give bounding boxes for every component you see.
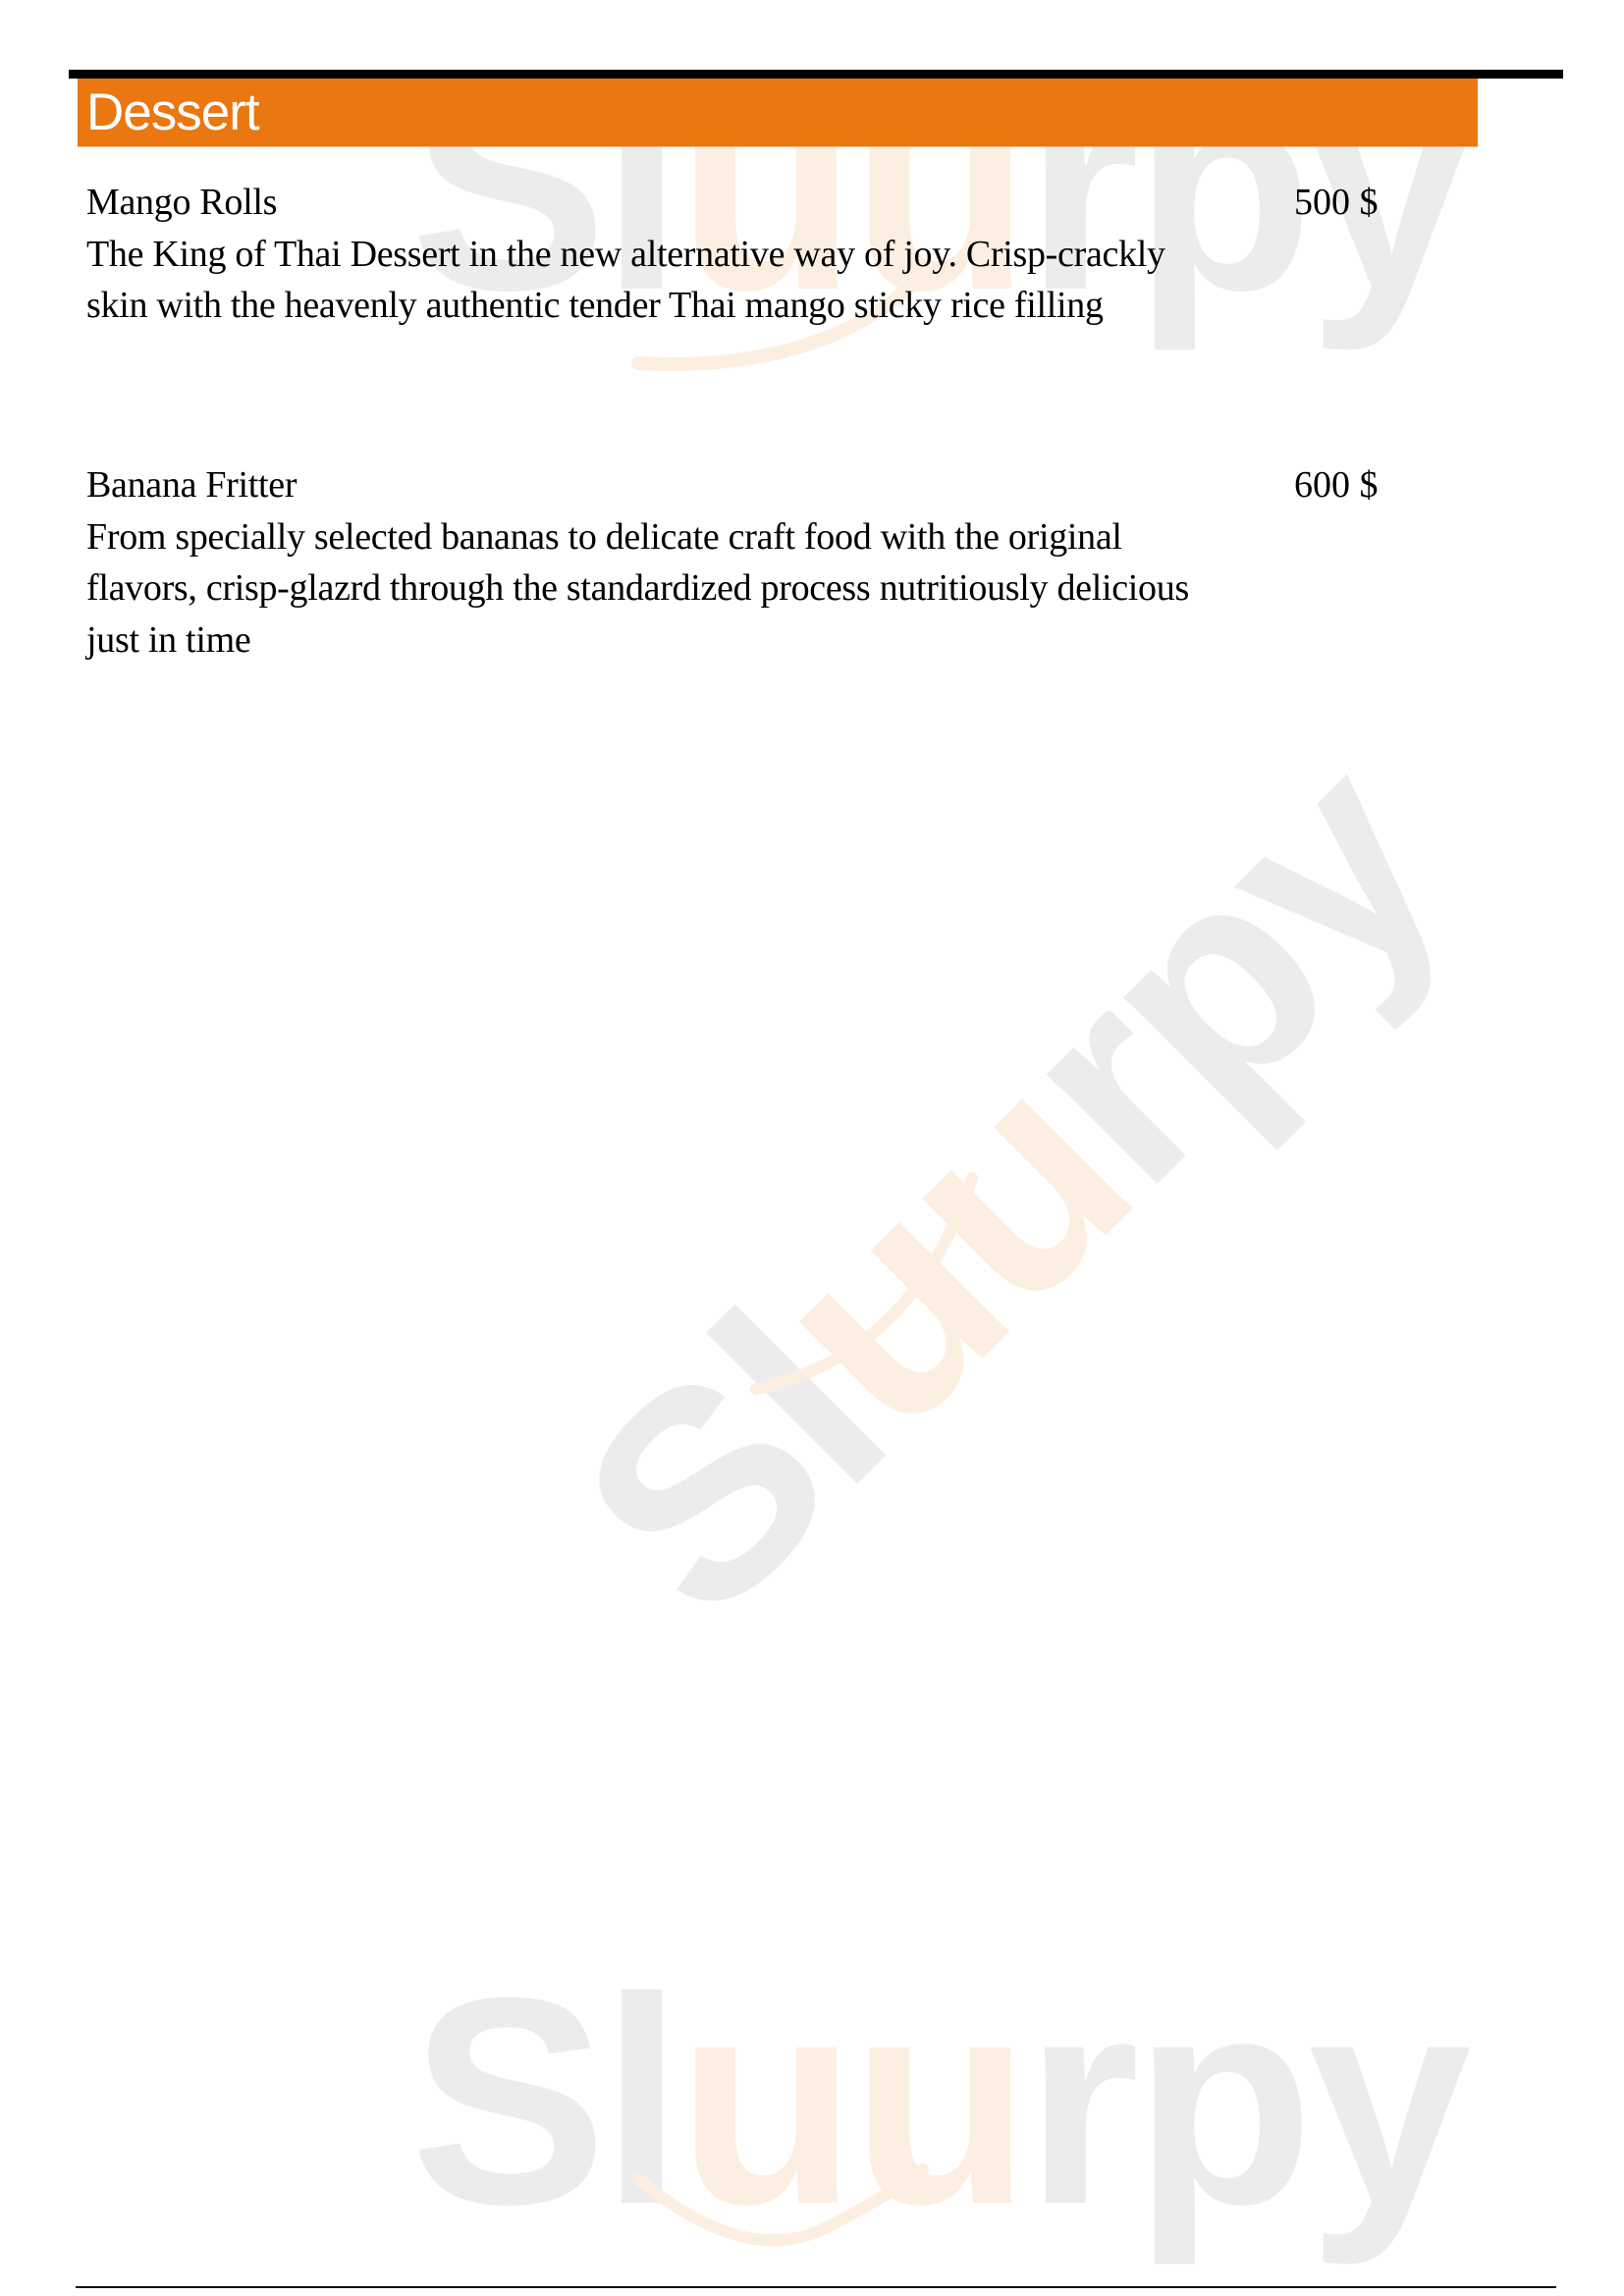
watermark-logo-bottom: Sluurpy [410,1953,1466,2248]
menu-item: Banana Fritter From specially selected b… [86,459,1196,666]
watermark-text: uu [677,1936,1025,2266]
watermark-swirl-icon [628,2160,1041,2268]
watermark-text: rpy [953,698,1498,1243]
section-title: Dessert [86,80,259,145]
top-divider [69,70,1563,79]
watermark-text: rpy [1025,1936,1466,2266]
watermark-text: Sl [410,1936,677,2266]
section-header-band [78,79,1478,147]
menu-item-price: 500 $ [1294,177,1379,229]
watermark-swirl-icon [746,1158,1001,1414]
menu-item-name: Banana Fritter [86,459,1196,511]
watermark-text: uu [708,1010,1187,1489]
menu-item-price: 600 $ [1294,459,1379,511]
watermark-logo-middle: Sluurpy [531,711,1486,1665]
menu-item-description: From specially selected bananas to delic… [86,511,1196,667]
menu-item: Mango Rolls The King of Thai Dessert in … [86,177,1196,332]
menu-item-name: Mango Rolls [86,177,1196,229]
menu-item-description: The King of Thai Dessert in the new alte… [86,229,1196,332]
watermark-text: Sl [519,1255,942,1678]
bottom-divider [76,2286,1556,2288]
